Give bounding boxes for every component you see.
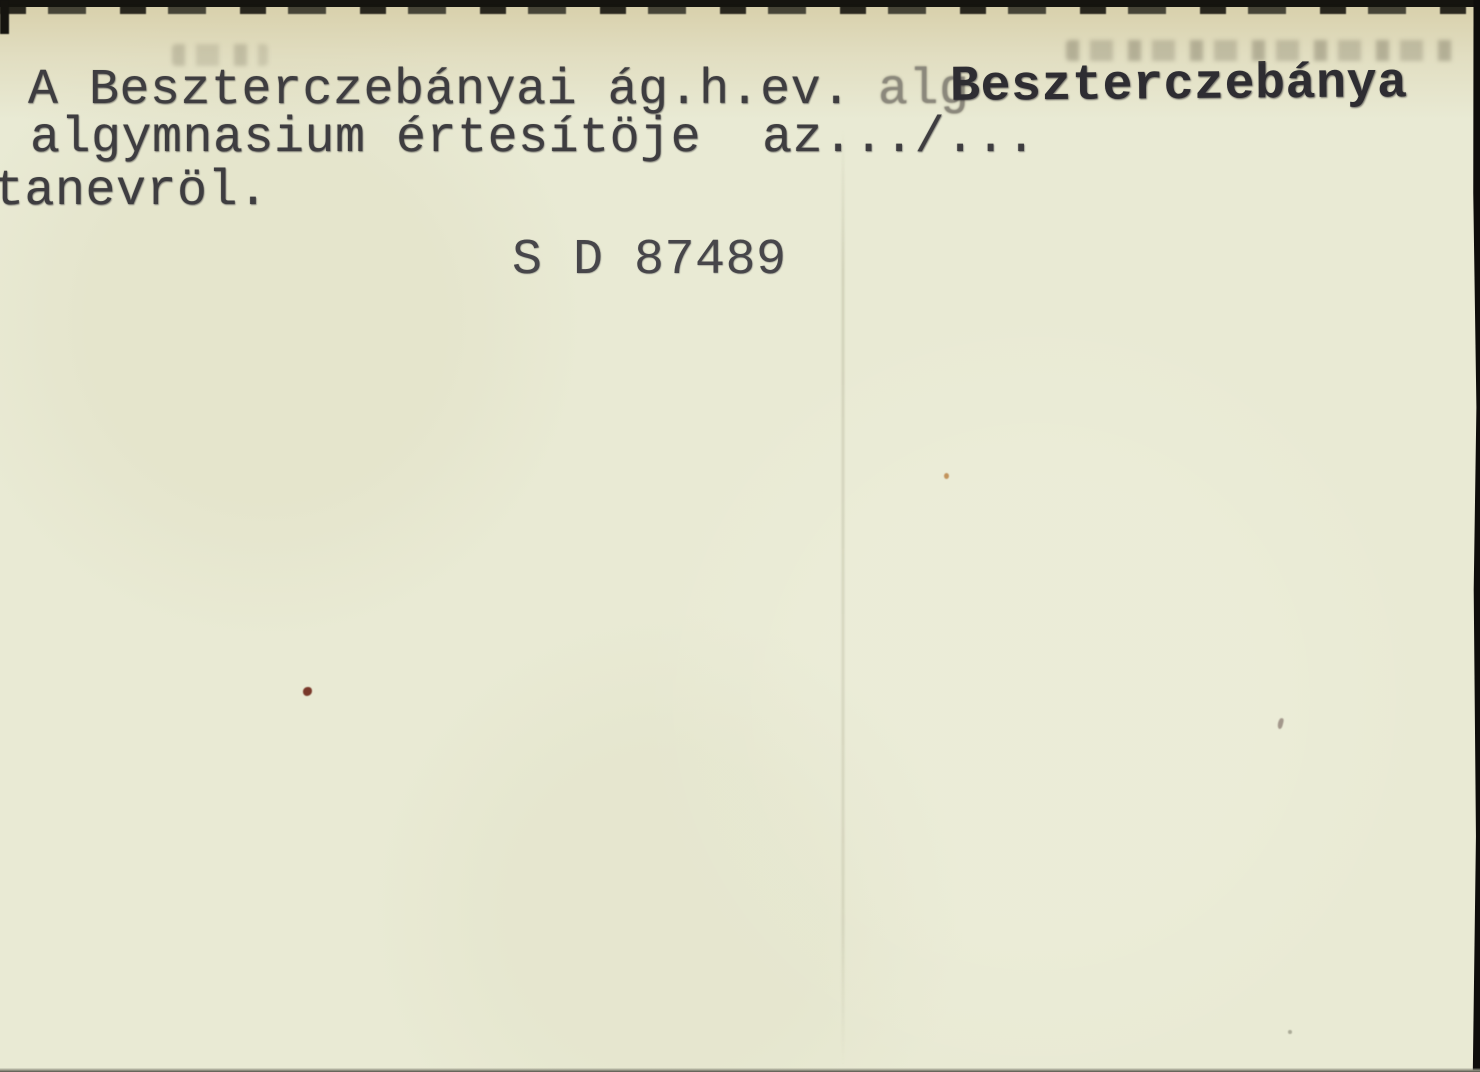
title-line1-overprint: Beszterczebánya bbox=[950, 59, 1408, 113]
scan-edge-top-irregular bbox=[0, 5, 1480, 14]
title-line2: algymnasium értesítöje az.../... bbox=[30, 114, 1037, 164]
scan-edge-right bbox=[1471, 0, 1480, 1072]
scan-edge-bottom bbox=[0, 1068, 1480, 1072]
call-number: S D 87489 bbox=[512, 236, 787, 286]
orange-speck bbox=[944, 473, 949, 479]
red-ink-speck bbox=[303, 687, 312, 696]
vertical-crease bbox=[842, 130, 844, 1065]
catalog-card-scan: A Beszterczebányai ág.h.ev. alg Beszterc… bbox=[0, 0, 1480, 1072]
title-line3: tanevröl. bbox=[0, 167, 269, 217]
small-stain-mark bbox=[1277, 718, 1285, 730]
scan-edge-top-left-corner bbox=[0, 0, 9, 34]
small-dot-mark bbox=[1288, 1030, 1292, 1034]
title-line1: A Beszterczebányai ág.h.ev. bbox=[28, 66, 852, 116]
